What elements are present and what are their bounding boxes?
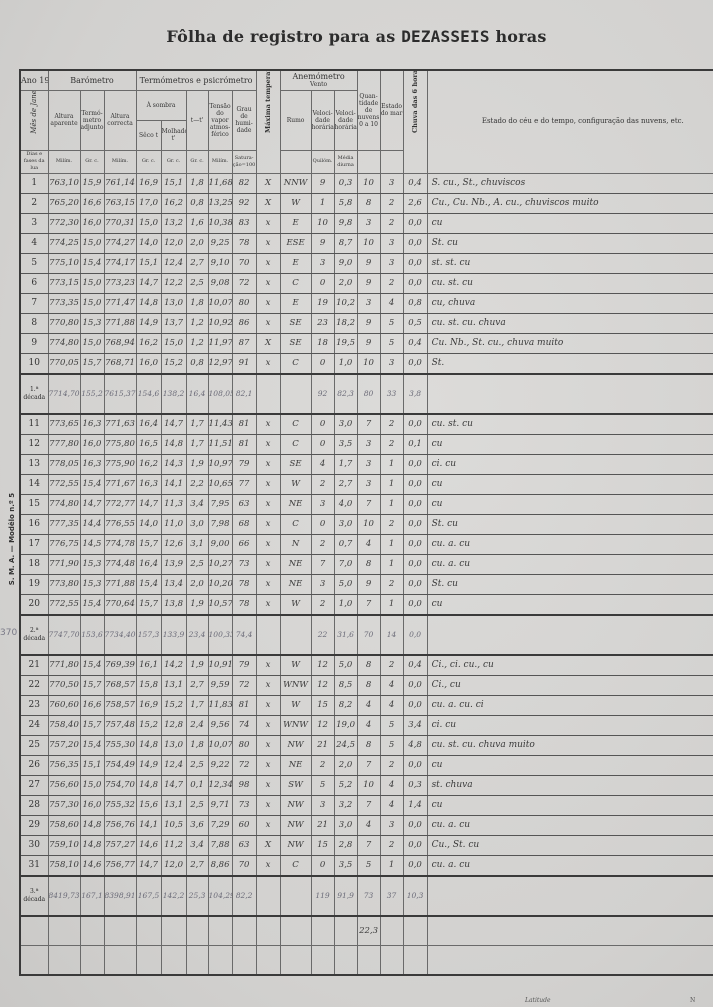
cell-alt-cor: 768,71 xyxy=(104,353,136,374)
decade-mar: 33 xyxy=(380,374,403,414)
cell-seco: 14,8 xyxy=(136,293,161,313)
cell-alt-cor: 771,88 xyxy=(104,574,136,594)
cell-vel: 19 xyxy=(311,293,334,313)
cell-mar: 4 xyxy=(380,695,403,715)
cell-seco: 16,9 xyxy=(136,173,161,193)
cell-alt-cor: 757,48 xyxy=(104,715,136,735)
cell-alt-ap: 758,40 xyxy=(48,715,80,735)
cell-alt-cor: 775,80 xyxy=(104,434,136,454)
cell-alt-ap: 756,60 xyxy=(48,775,80,795)
cell-vel2: 1,0 xyxy=(334,594,357,615)
cell-molh: 14,7 xyxy=(161,775,186,795)
cell-alt-ap: 773,35 xyxy=(48,293,80,313)
cell-alt-ap: 777,35 xyxy=(48,514,80,534)
cell-vel: 0 xyxy=(311,855,334,876)
sky-notes: cu xyxy=(427,594,713,615)
day-cell: 4 xyxy=(20,233,48,253)
total-cell xyxy=(280,945,311,975)
cell-mar: 2 xyxy=(380,755,403,775)
cell-vel: 10 xyxy=(311,213,334,233)
cell-mar: 2 xyxy=(380,213,403,233)
cell-nuv: 9 xyxy=(357,273,380,293)
cell-max: x xyxy=(256,233,280,253)
cell-tens: 9,10 xyxy=(208,253,232,273)
sky-notes: cu xyxy=(427,494,713,514)
cell-diff: 1,9 xyxy=(186,594,208,615)
cell-seco: 17,0 xyxy=(136,193,161,213)
sky-notes: cu xyxy=(427,795,713,815)
cell-alt-ap: 774,25 xyxy=(48,233,80,253)
cell-mar: 2 xyxy=(380,434,403,454)
cell-alt-cor: 772,77 xyxy=(104,494,136,514)
cell-chuva: 0,0 xyxy=(403,233,427,253)
cell-diff: 3,4 xyxy=(186,835,208,855)
cell-max: x xyxy=(256,494,280,514)
cell-mar: 3 xyxy=(380,253,403,273)
cell-alt-cor: 756,77 xyxy=(104,855,136,876)
cell-alt-ap: 758,60 xyxy=(48,815,80,835)
cell-diff: 1,2 xyxy=(186,333,208,353)
cell-molh: 11,2 xyxy=(161,835,186,855)
wind-label: Vento xyxy=(310,81,327,88)
decade-molh: 138,2 xyxy=(161,374,186,414)
cell-diff: 1,8 xyxy=(186,735,208,755)
cell-max: X xyxy=(256,333,280,353)
form-model-label: S. M. A. — Modêlo n.º 5 xyxy=(2,480,18,600)
cell-grau: 73 xyxy=(232,554,256,574)
decade-summary-row: 1.ª década7714,70155,27615,37154,6138,21… xyxy=(20,374,713,414)
cell-mar: 5 xyxy=(380,735,403,755)
cell-chuva: 0,0 xyxy=(403,213,427,233)
sky-notes: cu. st. cu. chuva muito xyxy=(427,735,713,755)
cell-alt-cor: 769,39 xyxy=(104,655,136,676)
cell-vel: 0 xyxy=(311,353,334,374)
cell-grau: 66 xyxy=(232,534,256,554)
unit: Média diurna xyxy=(334,150,357,173)
cell-molh: 12,0 xyxy=(161,233,186,253)
cell-term: 15,3 xyxy=(80,554,104,574)
cell-vel2: 8,2 xyxy=(334,695,357,715)
cell-seco: 16,0 xyxy=(136,353,161,374)
cell-rumo: NE xyxy=(280,755,311,775)
cell-vel2: 3,0 xyxy=(334,815,357,835)
cell-term: 14,8 xyxy=(80,815,104,835)
cell-vel2: 9,8 xyxy=(334,213,357,233)
table-row: 16777,3514,4776,5514,011,03,07,9868xC03,… xyxy=(20,514,713,534)
cell-rumo: C xyxy=(280,273,311,293)
cell-molh: 13,2 xyxy=(161,213,186,233)
cell-diff: 0,8 xyxy=(186,193,208,213)
cell-alt-ap: 759,10 xyxy=(48,835,80,855)
cell-nuv: 3 xyxy=(357,454,380,474)
cell-nuv: 7 xyxy=(357,795,380,815)
cell-vel2: 3,5 xyxy=(334,855,357,876)
cell-diff: 1,6 xyxy=(186,213,208,233)
sky-notes: st. chuva xyxy=(427,775,713,795)
cell-chuva: 0,4 xyxy=(403,333,427,353)
form-model-text: S. M. A. — Modêlo n.º 5 xyxy=(8,479,16,599)
cell-molh: 13,1 xyxy=(161,675,186,695)
cell-tens: 8,86 xyxy=(208,855,232,876)
decade-notes xyxy=(427,876,713,916)
sky-notes: ci. cu xyxy=(427,454,713,474)
decade-label: 2.ª década xyxy=(20,615,48,655)
total-cell xyxy=(256,945,280,975)
cell-term: 15,0 xyxy=(80,293,104,313)
day-cell: 26 xyxy=(20,755,48,775)
cell-chuva: 0,0 xyxy=(403,755,427,775)
cell-alt-ap: 763,10 xyxy=(48,173,80,193)
cell-seco: 14,0 xyxy=(136,233,161,253)
day-cell: 12 xyxy=(20,434,48,454)
cell-max: x xyxy=(256,775,280,795)
cell-rumo: NE xyxy=(280,494,311,514)
day-cell: 22 xyxy=(20,675,48,695)
cell-nuv: 8 xyxy=(357,675,380,695)
cell-nuv: 8 xyxy=(357,655,380,676)
cell-diff: 1,7 xyxy=(186,695,208,715)
unit: Milím. xyxy=(104,150,136,173)
sky-notes: St. cu xyxy=(427,574,713,594)
cell-mar: 1 xyxy=(380,534,403,554)
cell-max: x xyxy=(256,293,280,313)
cell-vel2: 2,8 xyxy=(334,835,357,855)
decade-alt-ap: 8419,73 xyxy=(48,876,80,916)
cell-max: x xyxy=(256,454,280,474)
cell-mar: 2 xyxy=(380,273,403,293)
cell-term: 15,4 xyxy=(80,655,104,676)
cell-alt-ap: 773,15 xyxy=(48,273,80,293)
table-row: 21771,8015,4769,3916,114,21,910,9179xW12… xyxy=(20,655,713,676)
cell-term: 15,0 xyxy=(80,233,104,253)
cell-chuva: 3,4 xyxy=(403,715,427,735)
cell-nuv: 10 xyxy=(357,353,380,374)
cell-molh: 15,1 xyxy=(161,173,186,193)
decade-summary-row: 2.ª década7747,70153,67734,40157,3133,92… xyxy=(20,615,713,655)
total-cell xyxy=(161,945,186,975)
title-hour: DEZASSEIS xyxy=(401,27,490,46)
cell-vel: 12 xyxy=(311,715,334,735)
day-cell: 3 xyxy=(20,213,48,233)
cell-alt-cor: 774,27 xyxy=(104,233,136,253)
decade-vel: 22 xyxy=(311,615,334,655)
cell-tens: 9,71 xyxy=(208,795,232,815)
cell-rumo: E xyxy=(280,293,311,313)
title-suffix: horas xyxy=(490,27,547,46)
decade-nuv: 73 xyxy=(357,876,380,916)
decade-label: 3.ª década xyxy=(20,876,48,916)
cell-nuv: 4 xyxy=(357,715,380,735)
cell-rumo: E xyxy=(280,253,311,273)
month-label: Mês de Janeiro xyxy=(31,107,38,134)
unit: Milím. xyxy=(208,150,232,173)
day-cell: 27 xyxy=(20,775,48,795)
table-row: 10770,0515,7768,7116,015,20,812,9791xC01… xyxy=(20,353,713,374)
cell-alt-cor: 771,63 xyxy=(104,414,136,435)
total-cell xyxy=(357,945,380,975)
cell-alt-cor: 755,32 xyxy=(104,795,136,815)
cell-grau: 72 xyxy=(232,273,256,293)
cell-term: 15,0 xyxy=(80,333,104,353)
cell-seco: 14,6 xyxy=(136,835,161,855)
day-cell: 13 xyxy=(20,454,48,474)
cell-seco: 16,4 xyxy=(136,554,161,574)
alt-ap-header: Altura aparente xyxy=(48,90,80,150)
cell-grau: 81 xyxy=(232,414,256,435)
cell-chuva: 0,0 xyxy=(403,414,427,435)
decade-label: 1.ª década xyxy=(20,374,48,414)
cell-vel2: 1,0 xyxy=(334,353,357,374)
table-row: 13778,0516,3775,9016,214,31,910,9779xSE4… xyxy=(20,454,713,474)
decade-seco: 157,3 xyxy=(136,615,161,655)
cell-vel2: 5,0 xyxy=(334,655,357,676)
cell-alt-cor: 754,70 xyxy=(104,775,136,795)
cell-mar: 1 xyxy=(380,454,403,474)
cell-chuva: 0,3 xyxy=(403,775,427,795)
decade-notes xyxy=(427,615,713,655)
cell-seco: 16,2 xyxy=(136,333,161,353)
cell-term: 15,4 xyxy=(80,735,104,755)
total-cell xyxy=(380,916,403,946)
day-cell: 30 xyxy=(20,835,48,855)
cell-diff: 2,0 xyxy=(186,233,208,253)
cell-tens: 12,97 xyxy=(208,353,232,374)
total-cell: 22,3 xyxy=(357,916,380,946)
total-cell xyxy=(380,945,403,975)
humidity-header: Grau de humi-dade xyxy=(232,90,256,150)
cell-vel2: 9,0 xyxy=(334,253,357,273)
cell-mar: 5 xyxy=(380,313,403,333)
cell-seco: 14,7 xyxy=(136,273,161,293)
decade-diff: 16,4 xyxy=(186,374,208,414)
cell-nuv: 9 xyxy=(357,333,380,353)
cell-seco: 15,6 xyxy=(136,795,161,815)
cell-alt-cor: 774,78 xyxy=(104,534,136,554)
cell-vel: 0 xyxy=(311,414,334,435)
cell-rumo: W xyxy=(280,655,311,676)
decade-nuv: 70 xyxy=(357,615,380,655)
cell-tens: 9,00 xyxy=(208,534,232,554)
year-header: Ano 1927 xyxy=(20,70,48,90)
cell-seco: 15,2 xyxy=(136,715,161,735)
cell-nuv: 5 xyxy=(357,855,380,876)
day-cell: 25 xyxy=(20,735,48,755)
decade-vel: 92 xyxy=(311,374,334,414)
cell-diff: 2,5 xyxy=(186,795,208,815)
cell-tens: 10,97 xyxy=(208,454,232,474)
decade-diff: 25,3 xyxy=(186,876,208,916)
cell-vel2: 3,0 xyxy=(334,514,357,534)
cell-max: x xyxy=(256,273,280,293)
cell-max: x xyxy=(256,735,280,755)
cell-chuva: 0,0 xyxy=(403,273,427,293)
cell-vel: 7 xyxy=(311,554,334,574)
cell-alt-cor: 768,57 xyxy=(104,675,136,695)
day-cell: 17 xyxy=(20,534,48,554)
cell-rumo: C xyxy=(280,855,311,876)
unit xyxy=(280,150,311,173)
total-cell xyxy=(403,916,427,946)
cell-term: 14,8 xyxy=(80,835,104,855)
cell-tens: 10,07 xyxy=(208,735,232,755)
cell-vel2: 8,5 xyxy=(334,675,357,695)
cell-vel: 12 xyxy=(311,675,334,695)
cell-vel2: 18,2 xyxy=(334,313,357,333)
day-cell: 28 xyxy=(20,795,48,815)
cell-rumo: C xyxy=(280,353,311,374)
cell-chuva: 0,0 xyxy=(403,695,427,715)
term-adj-header: Termó-metro adjunto xyxy=(80,90,104,150)
cell-chuva: 0,8 xyxy=(403,293,427,313)
cell-vel2: 7,0 xyxy=(334,554,357,574)
cell-alt-ap: 773,80 xyxy=(48,574,80,594)
total-cell xyxy=(232,945,256,975)
cell-vel: 18 xyxy=(311,333,334,353)
cell-alt-ap: 758,10 xyxy=(48,855,80,876)
cell-tens: 13,25 xyxy=(208,193,232,213)
total-cell xyxy=(48,945,80,975)
decade-chuva: 0,0 xyxy=(403,615,427,655)
cell-max: x xyxy=(256,655,280,676)
cell-nuv: 4 xyxy=(357,695,380,715)
cell-mar: 4 xyxy=(380,675,403,695)
sky-notes: S. cu., St., chuviscos xyxy=(427,173,713,193)
cell-grau: 92 xyxy=(232,193,256,213)
dry-header: Sêco t xyxy=(136,120,161,150)
cell-vel: 1 xyxy=(311,193,334,213)
cell-grau: 80 xyxy=(232,293,256,313)
day-cell: 20 xyxy=(20,594,48,615)
decade-alt-cor: 8398,91 xyxy=(104,876,136,916)
cell-alt-cor: 774,48 xyxy=(104,554,136,574)
unit: Gr. c. xyxy=(80,150,104,173)
cell-tens: 10,38 xyxy=(208,213,232,233)
sky-notes: St. cu xyxy=(427,514,713,534)
cell-chuva: 0,0 xyxy=(403,835,427,855)
cell-mar: 1 xyxy=(380,855,403,876)
day-cell: 18 xyxy=(20,554,48,574)
cell-molh: 13,0 xyxy=(161,735,186,755)
decade-vel2: 31,6 xyxy=(334,615,357,655)
register-body: 1763,1015,9761,1416,915,11,811,6882XNNW9… xyxy=(20,173,713,975)
sky-notes: cu. st. cu xyxy=(427,273,713,293)
table-row: 20772,5515,4770,6415,713,81,910,5778xW21… xyxy=(20,594,713,615)
total-cell xyxy=(80,945,104,975)
table-row: 24758,4015,7757,4815,212,82,49,5674xWNW1… xyxy=(20,715,713,735)
thermometer-header: Termómetros e psicrómetro xyxy=(136,70,256,90)
cell-term: 15,4 xyxy=(80,253,104,273)
cell-mar: 2 xyxy=(380,193,403,213)
cell-mar: 3 xyxy=(380,173,403,193)
decade-rumo xyxy=(280,374,311,414)
cell-max: x xyxy=(256,353,280,374)
cell-vel2: 5,8 xyxy=(334,193,357,213)
rain-label: Chuva das 6 horas às 16 horas xyxy=(412,110,419,133)
cell-chuva: 0,1 xyxy=(403,434,427,454)
cell-rumo: E xyxy=(280,213,311,233)
cell-grau: 77 xyxy=(232,474,256,494)
cell-chuva: 0,4 xyxy=(403,655,427,676)
cell-vel: 12 xyxy=(311,655,334,676)
cell-nuv: 10 xyxy=(357,514,380,534)
cell-vel2: 3,0 xyxy=(334,414,357,435)
cell-alt-cor: 755,30 xyxy=(104,735,136,755)
cell-molh: 13,0 xyxy=(161,293,186,313)
cell-alt-cor: 761,14 xyxy=(104,173,136,193)
total-cell xyxy=(334,945,357,975)
table-row: 12777,8016,0775,8016,514,81,711,5181xC03… xyxy=(20,434,713,454)
cell-vel: 9 xyxy=(311,233,334,253)
decade-alt-cor: 7615,37 xyxy=(104,374,136,414)
decade-seco: 154,6 xyxy=(136,374,161,414)
cell-grau: 81 xyxy=(232,695,256,715)
cell-seco: 16,2 xyxy=(136,454,161,474)
cell-vel: 2 xyxy=(311,594,334,615)
decade-tens: 108,05 xyxy=(208,374,232,414)
table-row: 28757,3016,0755,3215,613,12,59,7173xNW33… xyxy=(20,795,713,815)
cell-max: x xyxy=(256,715,280,735)
cell-vel2: 3,2 xyxy=(334,795,357,815)
table-row: 14772,5515,4771,6716,314,12,210,6577xW22… xyxy=(20,474,713,494)
cell-molh: 14,1 xyxy=(161,474,186,494)
cell-vel2: 19,5 xyxy=(334,333,357,353)
cell-seco: 15,4 xyxy=(136,574,161,594)
cell-vel: 15 xyxy=(311,835,334,855)
cell-rumo: NE xyxy=(280,554,311,574)
cell-molh: 13,7 xyxy=(161,313,186,333)
register-table: Ano 1927 Barómetro Termómetros e psicróm… xyxy=(19,69,713,976)
day-cell: 8 xyxy=(20,313,48,333)
cell-max: x xyxy=(256,695,280,715)
cell-diff: 3,0 xyxy=(186,514,208,534)
cell-rumo: W xyxy=(280,695,311,715)
table-row: 26756,3515,1754,4914,912,42,59,2272xNE22… xyxy=(20,755,713,775)
cell-vel2: 8,7 xyxy=(334,233,357,253)
day-cell: 23 xyxy=(20,695,48,715)
cell-alt-ap: 774,80 xyxy=(48,333,80,353)
cell-rumo: W xyxy=(280,594,311,615)
cell-vel2: 0,7 xyxy=(334,534,357,554)
total-cell xyxy=(20,916,48,946)
unit xyxy=(380,150,403,173)
cell-term: 14,6 xyxy=(80,855,104,876)
cell-vel2: 2,0 xyxy=(334,273,357,293)
total-cell xyxy=(80,916,104,946)
decade-alt-ap: 7747,70 xyxy=(48,615,80,655)
decade-nuv: 80 xyxy=(357,374,380,414)
cell-nuv: 3 xyxy=(357,213,380,233)
cell-rumo: NW xyxy=(280,795,311,815)
cell-tens: 9,56 xyxy=(208,715,232,735)
decade-vel2: 91,9 xyxy=(334,876,357,916)
cell-vel: 3 xyxy=(311,494,334,514)
cell-grau: 72 xyxy=(232,675,256,695)
cell-chuva: 0,0 xyxy=(403,815,427,835)
cell-grau: 83 xyxy=(232,213,256,233)
cell-term: 14,7 xyxy=(80,494,104,514)
cell-diff: 1,7 xyxy=(186,414,208,435)
cell-rumo: SE xyxy=(280,454,311,474)
cell-seco: 15,7 xyxy=(136,594,161,615)
cell-tens: 10,07 xyxy=(208,293,232,313)
cell-grau: 70 xyxy=(232,855,256,876)
cell-max: x xyxy=(256,213,280,233)
cell-term: 16,0 xyxy=(80,434,104,454)
decade-chuva: 10,3 xyxy=(403,876,427,916)
vapor-header: Tensão do vapor atmos-férico xyxy=(208,90,232,150)
cell-max: X xyxy=(256,193,280,213)
cell-max: x xyxy=(256,414,280,435)
